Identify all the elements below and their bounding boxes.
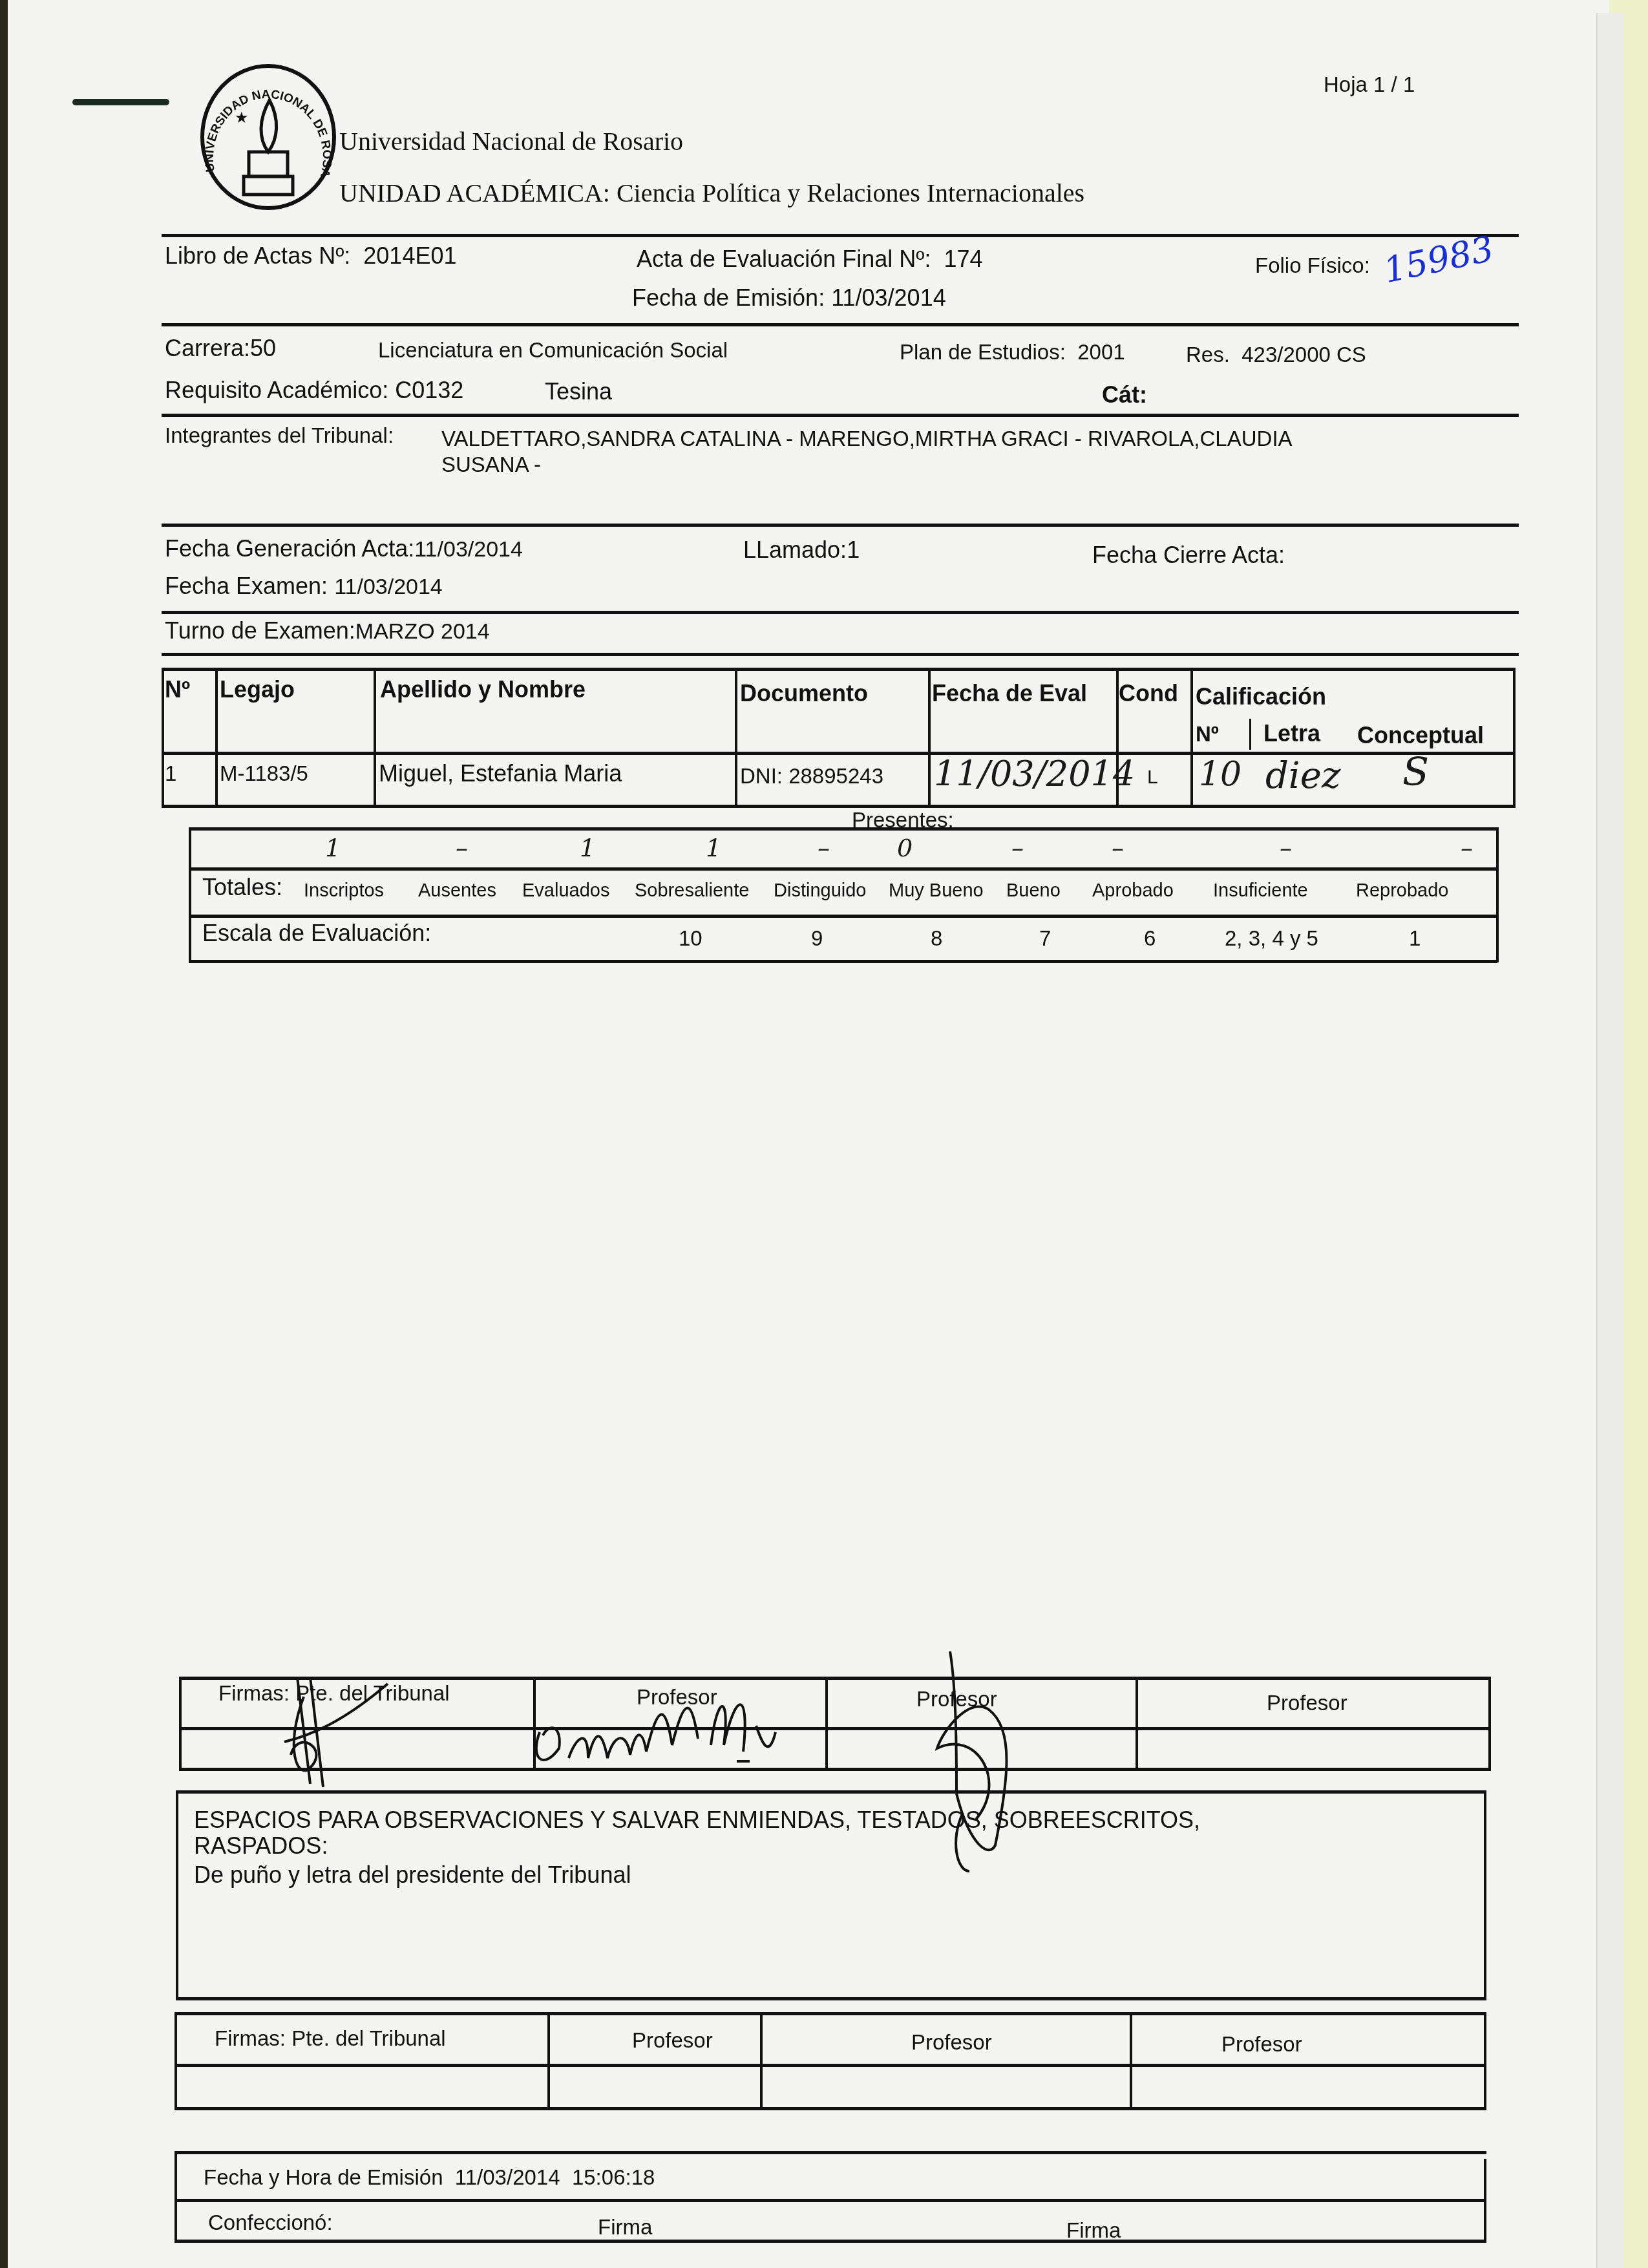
tribunal-label: Integrantes del Tribunal: [165,423,394,448]
turno-label: Turno de Examen: [165,617,355,644]
totales-column-label: Sobresaliente [635,880,749,902]
res-label: Res. [1186,343,1230,366]
emision-footer-label: Fecha y Hora de Emisión [204,2165,443,2189]
firma-label-2: Firma [1066,2218,1121,2243]
escala-label: Escala de Evaluación: [202,920,431,947]
header-nro: Nº [165,676,190,703]
requisito-value: C0132 [395,377,463,403]
fecha-generacion: Fecha Generación Acta:11/03/2014 [165,535,523,562]
divider [162,323,1519,326]
row-cond: L [1147,767,1158,789]
totales-column-label: Insuficiente [1213,880,1308,902]
llamado-value: 1 [847,536,860,563]
totales-column-label: Distinguido [774,880,866,902]
row-documento: DNI: 28895243 [740,764,883,789]
acta-label: Acta de Evaluación Final Nº: [637,246,931,272]
totales-value: – [1112,834,1124,862]
observaciones-title-line2: RASPADOS: [194,1832,328,1860]
signature-profesor-1 [530,1687,866,1771]
signature-president [271,1671,414,1800]
totales-column-label: Evaluados [522,880,609,902]
tribunal-members-line1: VALDETTARO,SANDRA CATALINA - MARENGO,MIR… [441,427,1293,451]
emision-datetime: Fecha y Hora de Emisión 11/03/2014 15:06… [204,2165,655,2190]
emision-value: 11/03/2014 [831,284,946,311]
totales-value: – [456,834,468,862]
acta-number: Acta de Evaluación Final Nº: 174 [637,246,982,273]
scan-border [0,0,8,2268]
libro-label: Libro de Actas Nº: [165,242,350,269]
fecha-cierre-label: Fecha Cierre Acta: [1092,542,1285,569]
divider [162,524,1519,527]
firmas2-profesor-3: Profesor [1221,2032,1302,2057]
row-fecha-handwritten: 11/03/2014 [934,754,1135,794]
totales-value: – [1280,834,1292,862]
sheet-number: Hoja 1 / 1 [1324,72,1415,97]
staple [72,99,169,105]
divider [162,611,1519,614]
header-cond: Cond [1119,680,1178,707]
generacion-label: Fecha Generación Acta: [165,535,414,562]
university-seal-icon: UNIVERSIDAD NACIONAL DE ROSARIO ★ [197,61,339,213]
underlying-sheet-edge [1596,13,1623,2268]
observaciones-subtitle: De puño y letra del presidente del Tribu… [194,1861,631,1889]
carrera-value: 50 [250,335,276,361]
header-cal-conceptual: Conceptual [1357,722,1484,749]
svg-text:★: ★ [235,109,249,127]
carrera-name: Licenciatura en Comunicación Social [378,338,728,363]
carrera-label: Carrera: [165,335,250,361]
catedra-label: Cát: [1102,381,1147,408]
header-documento: Documento [740,680,868,707]
totales-label: Totales: [202,874,282,901]
totales-column-label: Reprobado [1356,880,1449,902]
firmas2-profesor-1: Profesor [632,2028,713,2053]
requisito: Requisito Académico: C0132 [165,377,463,404]
emision-label: Fecha de Emisión: [632,284,825,311]
row-legajo: M-1183/5 [220,761,308,786]
totales-column-label: Aprobado [1092,880,1174,902]
emision-footer-date: 11/03/2014 [455,2165,560,2189]
divider [162,414,1519,417]
divider [162,234,1519,237]
escala-value: 8 [931,926,942,951]
plan-label: Plan de Estudios: [900,340,1066,364]
divider [162,653,1519,656]
row-cal-letra-handwritten: diez [1265,755,1340,797]
header-nombre: Apellido y Nombre [380,676,586,703]
requisito-label: Requisito Académico: [165,377,388,403]
plan-value: 2001 [1077,340,1125,364]
totales-column-label: Muy Bueno [889,880,984,902]
header-cal-nro: Nº [1196,722,1219,747]
fecha-emision: Fecha de Emisión: 11/03/2014 [632,284,946,312]
emision-footer-time: 15:06:18 [572,2165,655,2189]
totales-value: 1 [706,834,721,862]
totales-value: – [1461,834,1473,862]
generacion-value: 11/03/2014 [414,537,523,562]
fecha-examen: Fecha Examen: 11/03/2014 [165,573,443,600]
totales-column-label: Bueno [1006,880,1061,902]
row-cal-conceptual-handwritten: S [1402,750,1429,795]
folio-fisico-label: Folio Físico: [1255,253,1370,278]
escala-value: 10 [679,926,703,951]
totales-column-label: Ausentes [418,880,496,902]
header-legajo: Legajo [220,676,295,703]
university-name: Universidad Nacional de Rosario [339,126,683,156]
escala-value: 1 [1409,926,1421,951]
examen-label: Fecha Examen: [165,573,328,599]
header-calificacion: Calificación [1196,683,1326,710]
confecciono-label: Confeccionó: [208,2210,333,2235]
academic-unit: UNIDAD ACADÉMICA: Ciencia Política y Rel… [339,178,1084,208]
row-cal-nro-handwritten: 10 [1199,755,1241,794]
escala-value: 2, 3, 4 y 5 [1225,926,1318,951]
llamado-label: LLamado: [743,536,847,563]
firmas2-profesor-2: Profesor [911,2030,992,2055]
header-cal-letra: Letra [1263,720,1320,747]
plan-estudios: Plan de Estudios: 2001 [900,340,1125,365]
totales-value: 1 [580,834,595,862]
firmas2-pte-label: Firmas: Pte. del Tribunal [215,2026,446,2051]
libro-actas: Libro de Actas Nº: 2014E01 [165,242,456,270]
turno-value: MARZO 2014 [355,619,490,644]
llamado: LLamado:1 [743,536,860,564]
svg-text:UNIVERSIDAD NACIONAL DE ROSARI: UNIVERSIDAD NACIONAL DE ROSARIO [197,61,333,179]
totales-column-label: Inscriptos [304,880,384,902]
row-nombre: Miguel, Estefania Maria [379,760,622,787]
totales-value: – [818,834,830,862]
libro-value: 2014E01 [363,242,456,269]
row-nro: 1 [165,761,176,786]
escala-value: 9 [811,926,823,951]
signature-profesor-2 [918,1651,1086,1884]
resolucion: Res. 423/2000 CS [1186,343,1366,367]
header-fecha-eval: Fecha de Eval [932,680,1087,707]
tribunal-members-line2: SUSANA - [441,452,541,477]
examen-value: 11/03/2014 [334,575,443,599]
acta-value: 174 [944,246,982,272]
escala-value: 6 [1144,926,1156,951]
totales-value: 0 [897,834,913,862]
firmas1-profesor-3: Profesor [1267,1691,1347,1715]
carrera: Carrera:50 [165,335,276,362]
escala-value: 7 [1039,926,1051,951]
totales-value: 1 [325,834,341,862]
firma-label-1: Firma [598,2215,652,2240]
turno-examen: Turno de Examen:MARZO 2014 [165,617,490,644]
res-value: 423/2000 CS [1241,343,1366,366]
requisito-name: Tesina [545,378,612,405]
totales-value: – [1011,834,1024,862]
observaciones-title-line1: ESPACIOS PARA OBSERVACIONES Y SALVAR ENM… [194,1807,1200,1834]
